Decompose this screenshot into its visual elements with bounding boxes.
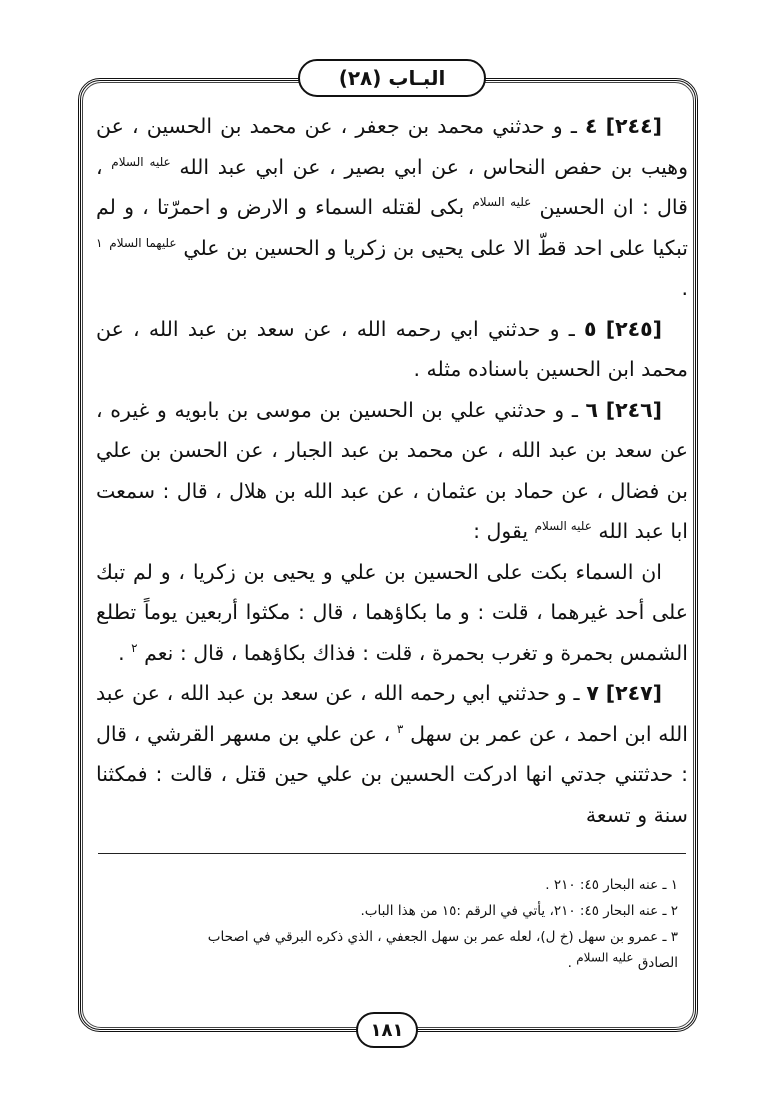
hadith-text: ـ و حدثني محمد بن جعفر ، عن محمد بن الحس… [96, 114, 688, 179]
footnote-3-continuation: الصادق عليه السلام . [98, 950, 690, 976]
page-number-badge: ١٨١ [356, 1012, 418, 1048]
page-body: [٢٤٤] ٤ ـ و حدثني محمد بن جعفر ، عن محمد… [96, 106, 688, 835]
hadith-247: [٢٤٧] ٧ ـ و حدثني ابي رحمه الله ، عن سعد… [96, 673, 688, 835]
chapter-title: البـاب (٢٨) [339, 66, 446, 90]
footnote-2: ٢ ـ عنه البحار ٤٥: ٢١٠، يأتي في الرقم :١… [98, 898, 690, 924]
page-number: ١٨١ [371, 1020, 404, 1041]
sentence-end: . [568, 955, 572, 971]
sentence-end: . [118, 641, 125, 665]
hadith-text: يقول : [473, 519, 528, 543]
footnote-ref[interactable]: ١ [96, 236, 102, 250]
footnote-ref[interactable]: ٢ [131, 641, 137, 655]
footnote-1: ١ ـ عنه البحار ٤٥: ٢١٠ . [98, 872, 690, 898]
footnote-ref[interactable]: ٣ [397, 722, 403, 736]
honorific-glyph: عليهما السلام [109, 236, 176, 250]
hadith-bracket-number: [٢٤٥] [606, 317, 662, 341]
hadith-245: [٢٤٥] ٥ ـ و حدثني ابي رحمه الله ، عن سعد… [96, 309, 688, 390]
hadith-local-number: ٤ [585, 114, 598, 138]
hadith-bracket-number: [٢٤٧] [606, 681, 662, 705]
honorific-glyph: عليه السلام [576, 951, 633, 965]
hadith-246: [٢٤٦] ٦ ـ و حدثني علي بن الحسين بن موسى … [96, 390, 688, 552]
hadith-local-number: ٦ [586, 398, 599, 422]
hadith-bracket-number: [٢٤٤] [606, 114, 662, 138]
honorific-glyph: عليه السلام [472, 195, 531, 209]
sentence-end: . [681, 276, 688, 300]
footnote-text: الصادق [638, 955, 678, 971]
hadith-bracket-number: [٢٤٦] [606, 398, 662, 422]
hadith-text: ـ و حدثني علي بن الحسين بن موسى بن بابوي… [96, 398, 688, 544]
hadith-local-number: ٥ [584, 317, 597, 341]
honorific-glyph: عليه السلام [111, 155, 170, 169]
hadith-244: [٢٤٤] ٤ ـ و حدثني محمد بن جعفر ، عن محمد… [96, 106, 688, 309]
hadith-local-number: ٧ [586, 681, 599, 705]
footnotes: ١ ـ عنه البحار ٤٥: ٢١٠ . ٢ ـ عنه البحار … [98, 872, 690, 976]
footnote-divider [98, 853, 686, 854]
chapter-title-badge: البـاب (٢٨) [298, 59, 486, 97]
hadith-text: ـ و حدثني ابي رحمه الله ، عن سعد بن عبد … [96, 317, 688, 382]
hadith-246-quote: ان السماء بكت على الحسين بن علي و يحيى ب… [96, 552, 688, 674]
quote-text: ان السماء بكت على الحسين بن علي و يحيى ب… [96, 560, 688, 665]
footnote-3: ٣ ـ عمرو بن سهل (خ ل)، لعله عمر بن سهل ا… [98, 924, 690, 950]
honorific-glyph: عليه السلام [535, 519, 592, 533]
